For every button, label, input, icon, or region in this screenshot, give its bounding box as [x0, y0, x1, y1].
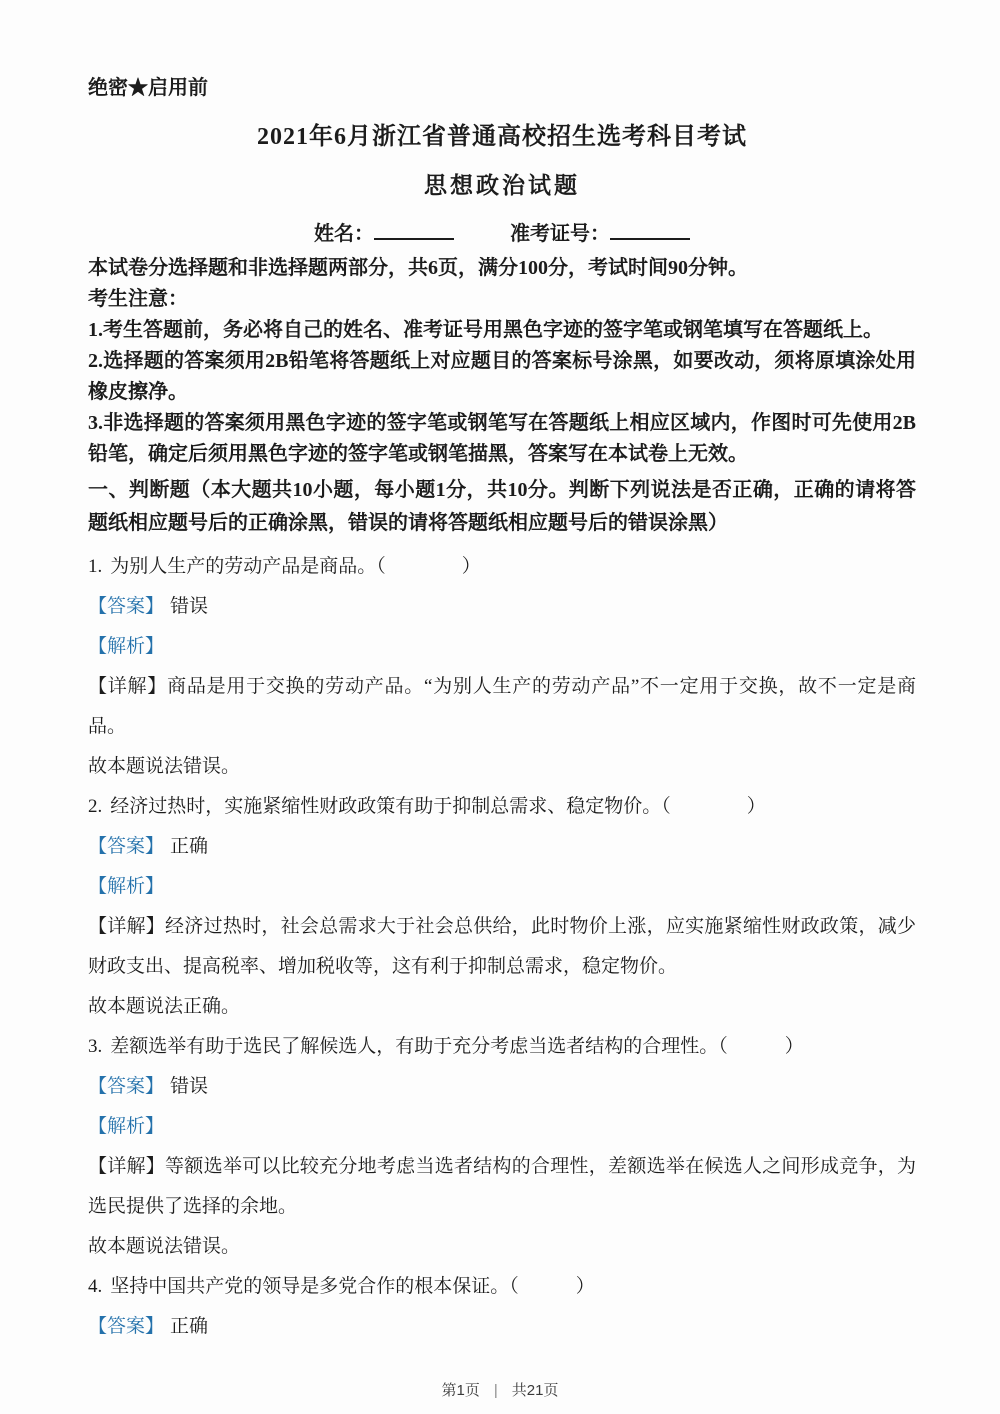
- question-text: 4.坚持中国共产党的领导是多党合作的根本保证。（ ）: [88, 1267, 916, 1307]
- conclusion-line: 故本题说法错误。: [88, 1227, 916, 1267]
- question-text: 2.经济过热时，实施紧缩性财政政策有助于抑制总需求、稳定物价。（ ）: [88, 787, 916, 827]
- answer-line: 【答案】正确: [88, 827, 916, 867]
- conclusion-line: 故本题说法错误。: [88, 747, 916, 787]
- answer-value: 错误: [170, 596, 208, 617]
- question-statement: 经济过热时，实施紧缩性财政政策有助于抑制总需求、稳定物价。（ ）: [110, 796, 766, 817]
- section-heading: 一、判断题（本大题共10小题，每小题1分，共10分。判断下列说法是否正确，正确的…: [88, 474, 916, 540]
- detail-line: 【详解】等额选举可以比较充分地考虑当选者结构的合理性，差额选举在候选人之间形成竞…: [88, 1147, 916, 1227]
- intro-line: 本试卷分选择题和非选择题两部分，共6页，满分100分，考试时间90分钟。: [88, 253, 916, 284]
- detail-text: 经济过热时，社会总需求大于社会总供给，此时物价上涨，应实施紧缩性财政政策，减少财…: [88, 916, 916, 977]
- answer-label: 【答案】: [88, 836, 164, 857]
- analysis-label: 【解析】: [88, 876, 164, 897]
- detail-label: 【详解】: [88, 916, 165, 937]
- question-text: 1.为别人生产的劳动产品是商品。（ ）: [88, 547, 916, 587]
- question-number: 1.: [88, 556, 102, 577]
- exam-subtitle: 思想政治试题: [88, 170, 916, 202]
- answer-line: 【答案】正确: [88, 1307, 916, 1347]
- answer-value: 错误: [170, 1076, 208, 1097]
- analysis-label: 【解析】: [88, 636, 164, 657]
- analysis-line: 【解析】: [88, 627, 916, 667]
- page-number: 第1页: [442, 1382, 480, 1399]
- question-statement: 为别人生产的劳动产品是商品。（ ）: [110, 556, 481, 577]
- detail-text: 商品是用于交换的劳动产品。“为别人生产的劳动产品”不一定用于交换，故不一定是商品…: [88, 676, 916, 737]
- detail-line: 【详解】商品是用于交换的劳动产品。“为别人生产的劳动产品”不一定用于交换，故不一…: [88, 667, 916, 747]
- name-blank: [374, 218, 454, 240]
- question-number: 2.: [88, 796, 102, 817]
- notice-item-3: 3.非选择题的答案须用黑色字迹的签字笔或钢笔写在答题纸上相应区域内，作图时可先使…: [88, 408, 916, 470]
- question-block-3: 3.差额选举有助于选民了解候选人，有助于充分考虑当选者结构的合理性。（ ） 【答…: [88, 1027, 916, 1267]
- exam-instructions: 本试卷分选择题和非选择题两部分，共6页，满分100分，考试时间90分钟。 考生注…: [88, 253, 916, 540]
- candidate-number-blank: [610, 218, 690, 240]
- answer-value: 正确: [170, 836, 208, 857]
- question-statement: 差额选举有助于选民了解候选人，有助于充分考虑当选者结构的合理性。（ ）: [110, 1036, 804, 1057]
- notice-item-2: 2.选择题的答案须用2B铅笔将答题纸上对应题目的答案标号涂黑，如要改动，须将原填…: [88, 346, 916, 408]
- detail-label: 【详解】: [88, 1156, 165, 1177]
- question-number: 4.: [88, 1276, 102, 1297]
- question-text: 3.差额选举有助于选民了解候选人，有助于充分考虑当选者结构的合理性。（ ）: [88, 1027, 916, 1067]
- analysis-line: 【解析】: [88, 1107, 916, 1147]
- footer-separator: |: [494, 1382, 498, 1399]
- analysis-label: 【解析】: [88, 1116, 164, 1137]
- secrecy-label: 绝密★启用前: [88, 76, 916, 100]
- answer-line: 【答案】错误: [88, 587, 916, 627]
- conclusion-line: 故本题说法正确。: [88, 987, 916, 1027]
- detail-label: 【详解】: [88, 676, 167, 697]
- page-footer: 第1页|共21页: [0, 1379, 1000, 1400]
- answer-line: 【答案】错误: [88, 1067, 916, 1107]
- answer-label: 【答案】: [88, 596, 164, 617]
- name-label: 姓名：: [314, 223, 374, 245]
- total-pages: 共21页: [512, 1382, 559, 1399]
- questions-area: 1.为别人生产的劳动产品是商品。（ ） 【答案】错误 【解析】 【详解】商品是用…: [88, 547, 916, 1347]
- answer-label: 【答案】: [88, 1076, 164, 1097]
- notice-item-1: 1.考生答题前，务必将自己的姓名、准考证号用黑色字迹的签字笔或钢笔填写在答题纸上…: [88, 315, 916, 346]
- candidate-info-line: 姓名：准考证号：: [88, 218, 916, 247]
- exam-title: 2021年6月浙江省普通高校招生选考科目考试: [88, 120, 916, 154]
- detail-text: 等额选举可以比较充分地考虑当选者结构的合理性，差额选举在候选人之间形成竞争，为选…: [88, 1156, 916, 1217]
- question-block-2: 2.经济过热时，实施紧缩性财政政策有助于抑制总需求、稳定物价。（ ） 【答案】正…: [88, 787, 916, 1027]
- detail-line: 【详解】经济过热时，社会总需求大于社会总供给，此时物价上涨，应实施紧缩性财政政策…: [88, 907, 916, 987]
- answer-value: 正确: [170, 1316, 208, 1337]
- question-block-1: 1.为别人生产的劳动产品是商品。（ ） 【答案】错误 【解析】 【详解】商品是用…: [88, 547, 916, 787]
- notice-heading: 考生注意：: [88, 284, 916, 315]
- answer-label: 【答案】: [88, 1316, 164, 1337]
- question-block-4: 4.坚持中国共产党的领导是多党合作的根本保证。（ ） 【答案】正确: [88, 1267, 916, 1347]
- candidate-number-label: 准考证号：: [510, 223, 610, 245]
- analysis-line: 【解析】: [88, 867, 916, 907]
- exam-paper-page: 绝密★启用前 2021年6月浙江省普通高校招生选考科目考试 思想政治试题 姓名：…: [0, 0, 1000, 1414]
- question-statement: 坚持中国共产党的领导是多党合作的根本保证。（ ）: [110, 1276, 595, 1297]
- question-number: 3.: [88, 1036, 102, 1057]
